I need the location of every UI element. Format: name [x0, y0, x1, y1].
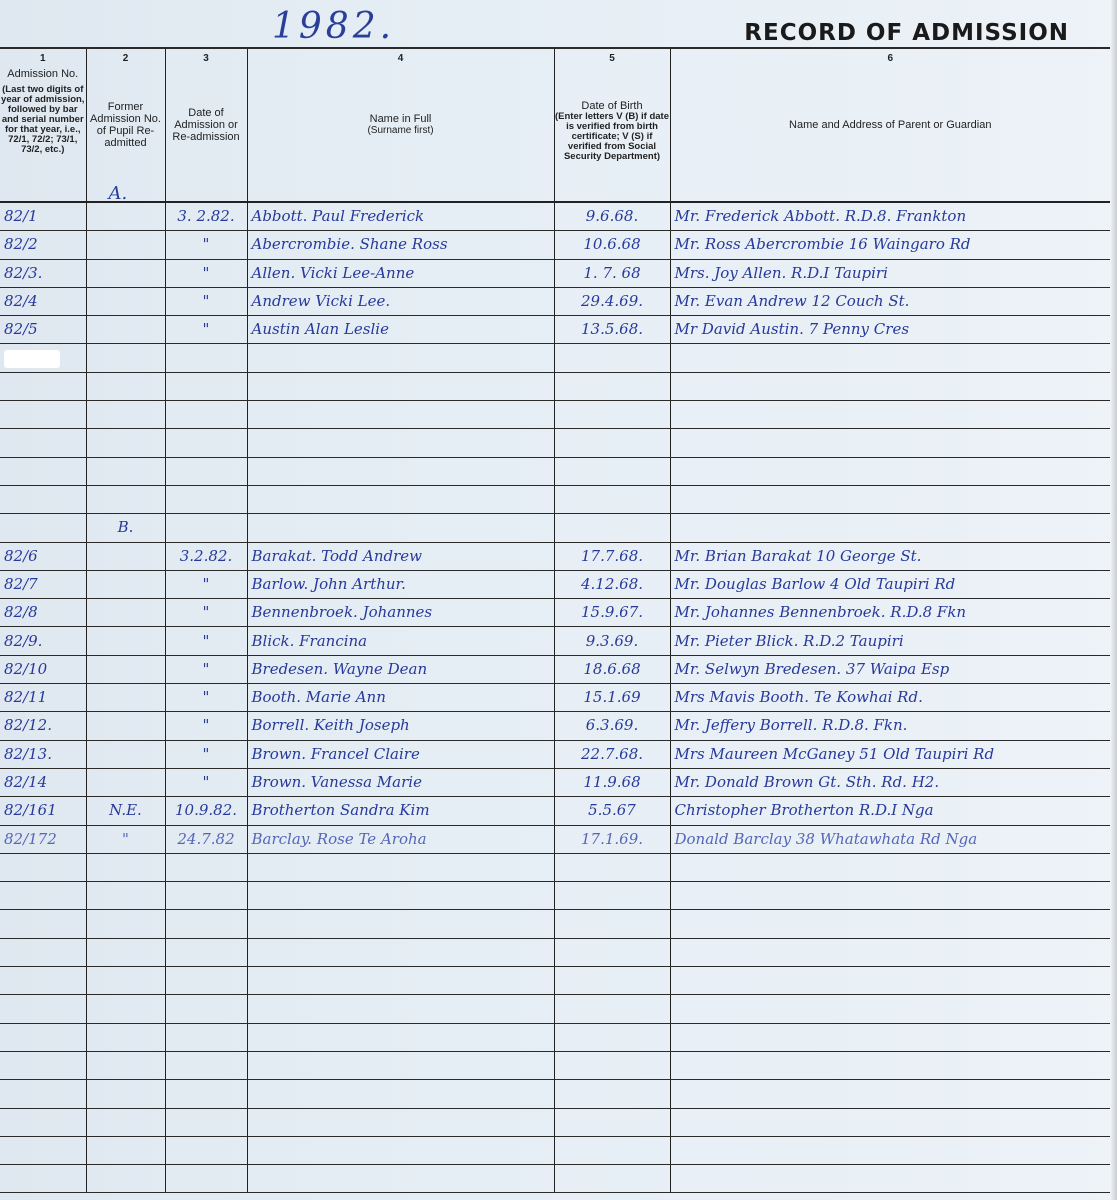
- pupil-name-cell: [247, 882, 554, 910]
- table-row: [0, 1051, 1110, 1079]
- former-admission-cell: [86, 231, 165, 259]
- table-row: [0, 1165, 1110, 1193]
- table-row: [0, 401, 1110, 429]
- admission-number-cell: [0, 1051, 86, 1079]
- admission-date-cell: [165, 967, 247, 995]
- parent-guardian-cell: [670, 457, 1110, 485]
- former-admission-cell: [86, 1051, 165, 1079]
- former-admission-cell: [86, 1136, 165, 1164]
- pupil-name-cell: Brown. Vanessa Marie: [247, 768, 554, 796]
- admission-date-cell: [165, 401, 247, 429]
- table-row: [0, 485, 1110, 513]
- admission-date-cell: ": [165, 570, 247, 598]
- parent-guardian-cell: Mr. Pieter Blick. R.D.2 Taupiri: [670, 627, 1110, 655]
- section-letter-a: A.: [109, 188, 128, 199]
- admission-date-cell: [165, 882, 247, 910]
- column-label: Name and Address of Parent or Guardian: [671, 119, 1111, 131]
- admission-number-cell: 82/3.: [0, 259, 86, 287]
- table-row: 82/5"Austin Alan Leslie13.5.68.Mr David …: [0, 316, 1110, 344]
- admission-date-cell: ": [165, 740, 247, 768]
- pupil-name-cell: [247, 995, 554, 1023]
- admission-date-cell: [165, 910, 247, 938]
- admission-number-cell: 82/161: [0, 797, 86, 825]
- admission-date-cell: ": [165, 231, 247, 259]
- date-of-birth-cell: 4.12.68.: [554, 570, 670, 598]
- parent-guardian-cell: Mr. Donald Brown Gt. Sth. Rd. H2.: [670, 768, 1110, 796]
- table-row: [0, 372, 1110, 400]
- pupil-name-cell: Blick. Francina: [247, 627, 554, 655]
- date-of-birth-cell: [554, 1080, 670, 1108]
- admission-number-cell: [0, 485, 86, 513]
- table-row: 82/13. 2.82.Abbott. Paul Frederick9.6.68…: [0, 202, 1110, 231]
- table-row: [0, 1108, 1110, 1136]
- pupil-name-cell: [247, 910, 554, 938]
- parent-guardian-cell: [670, 910, 1110, 938]
- admission-date-cell: ": [165, 655, 247, 683]
- pupil-name-cell: [247, 938, 554, 966]
- former-admission-cell: N.E.: [86, 797, 165, 825]
- handwritten-year: 1982.: [272, 6, 395, 47]
- date-of-birth-cell: 17.7.68.: [554, 542, 670, 570]
- admission-number-cell: [0, 995, 86, 1023]
- admission-number-cell: [0, 882, 86, 910]
- date-of-birth-cell: [554, 401, 670, 429]
- former-admission-cell: [86, 401, 165, 429]
- former-admission-cell: [86, 740, 165, 768]
- parent-guardian-cell: [670, 514, 1110, 542]
- date-of-birth-cell: [554, 514, 670, 542]
- admission-date-cell: [165, 514, 247, 542]
- date-of-birth-cell: 9.6.68.: [554, 202, 670, 231]
- parent-guardian-cell: Mr. Jeffery Borrell. R.D.8. Fkn.: [670, 712, 1110, 740]
- parent-guardian-cell: [670, 967, 1110, 995]
- admission-number-cell: [0, 967, 86, 995]
- former-admission-cell: [86, 995, 165, 1023]
- table-row: 82/7"Barlow. John Arthur.4.12.68.Mr. Dou…: [0, 570, 1110, 598]
- table-row: [0, 995, 1110, 1023]
- table-row: 82/11"Booth. Marie Ann15.1.69Mrs Mavis B…: [0, 684, 1110, 712]
- parent-guardian-cell: Mr. Frederick Abbott. R.D.8. Frankton: [670, 202, 1110, 231]
- admission-number-cell: 82/10: [0, 655, 86, 683]
- column-header-parent-guardian: 6 Name and Address of Parent or Guardian: [670, 49, 1110, 202]
- column-header-date-of-birth: 5 Date of Birth (Enter letters V (B) if …: [554, 49, 670, 202]
- former-admission-cell: [86, 542, 165, 570]
- admission-date-cell: [165, 1108, 247, 1136]
- date-of-birth-cell: 17.1.69.: [554, 825, 670, 853]
- date-of-birth-cell: 10.6.68: [554, 231, 670, 259]
- admission-date-cell: [165, 372, 247, 400]
- pupil-name-cell: Brown. Francel Claire: [247, 740, 554, 768]
- parent-guardian-cell: [670, 372, 1110, 400]
- parent-guardian-cell: Mr. Douglas Barlow 4 Old Taupiri Rd: [670, 570, 1110, 598]
- parent-guardian-cell: Mr. Ross Abercrombie 16 Waingaro Rd: [670, 231, 1110, 259]
- column-header-former-admission: 2 Former Admission No. of Pupil Re-admit…: [86, 49, 165, 202]
- former-admission-cell: [86, 938, 165, 966]
- admission-date-cell: [165, 1023, 247, 1051]
- parent-guardian-cell: [670, 995, 1110, 1023]
- admission-number-cell: 82/172: [0, 825, 86, 853]
- date-of-birth-cell: [554, 1165, 670, 1193]
- former-admission-cell: [86, 372, 165, 400]
- admission-number-cell: 82/9.: [0, 627, 86, 655]
- page-edge: [1110, 0, 1117, 1200]
- table-row: 82/8"Bennenbroek. Johannes15.9.67.Mr. Jo…: [0, 599, 1110, 627]
- admission-number-cell: 82/5: [0, 316, 86, 344]
- table-row: [0, 938, 1110, 966]
- table-row: [0, 882, 1110, 910]
- table-row: B.: [0, 514, 1110, 542]
- former-admission-cell: [86, 485, 165, 513]
- pupil-name-cell: [247, 967, 554, 995]
- pupil-name-cell: [247, 1051, 554, 1079]
- parent-guardian-cell: Mr. Brian Barakat 10 George St.: [670, 542, 1110, 570]
- column-note: (Last two digits of year of admission, f…: [1, 85, 85, 155]
- column-header-date-of-admission: 3 Date of Admission or Re-admission: [165, 49, 247, 202]
- table-row: 82/14"Brown. Vanessa Marie11.9.68Mr. Don…: [0, 768, 1110, 796]
- pupil-name-cell: Barakat. Todd Andrew: [247, 542, 554, 570]
- table-row: 82/13."Brown. Francel Claire22.7.68.Mrs …: [0, 740, 1110, 768]
- table-row: [0, 1080, 1110, 1108]
- former-admission-cell: [86, 429, 165, 457]
- admission-date-cell: 3.2.82.: [165, 542, 247, 570]
- admission-register-table: 1 Admission No. (Last two digits of year…: [0, 49, 1110, 1193]
- admission-number-cell: [0, 910, 86, 938]
- admission-number-cell: 82/8: [0, 599, 86, 627]
- column-number: 1: [1, 53, 85, 64]
- admission-number-cell: [0, 1165, 86, 1193]
- admission-date-cell: ": [165, 287, 247, 315]
- admission-date-cell: 3. 2.82.: [165, 202, 247, 231]
- column-note: (Enter letters V (B) if date is verified…: [555, 112, 670, 162]
- admission-date-cell: [165, 429, 247, 457]
- admission-number-cell: [0, 344, 86, 372]
- date-of-birth-cell: 22.7.68.: [554, 740, 670, 768]
- admission-date-cell: [165, 1051, 247, 1079]
- admission-number-cell: 82/4: [0, 287, 86, 315]
- admission-number-cell: 82/14: [0, 768, 86, 796]
- admission-date-cell: [165, 344, 247, 372]
- parent-guardian-cell: Mr. Johannes Bennenbroek. R.D.8 Fkn: [670, 599, 1110, 627]
- admission-date-cell: [165, 1165, 247, 1193]
- former-admission-cell: [86, 910, 165, 938]
- pupil-name-cell: [247, 1165, 554, 1193]
- date-of-birth-cell: [554, 485, 670, 513]
- admission-date-cell: ": [165, 712, 247, 740]
- pupil-name-cell: [247, 1023, 554, 1051]
- pupil-name-cell: [247, 344, 554, 372]
- admission-number-cell: 82/6: [0, 542, 86, 570]
- admission-date-cell: [165, 938, 247, 966]
- date-of-birth-cell: 29.4.69.: [554, 287, 670, 315]
- former-admission-cell: [86, 457, 165, 485]
- parent-guardian-cell: Mr. Evan Andrew 12 Couch St.: [670, 287, 1110, 315]
- admission-date-cell: ": [165, 768, 247, 796]
- table-row: 82/10"Bredesen. Wayne Dean18.6.68Mr. Sel…: [0, 655, 1110, 683]
- date-of-birth-cell: [554, 1051, 670, 1079]
- date-of-birth-cell: [554, 1023, 670, 1051]
- table-row: 82/3."Allen. Vicki Lee-Anne1. 7. 68Mrs. …: [0, 259, 1110, 287]
- admission-number-cell: [0, 457, 86, 485]
- parent-guardian-cell: Mr David Austin. 7 Penny Cres: [670, 316, 1110, 344]
- parent-guardian-cell: Christopher Brotherton R.D.I Nga: [670, 797, 1110, 825]
- column-label-wrap: Name in Full (Surname first): [248, 113, 554, 137]
- parent-guardian-cell: Mrs. Joy Allen. R.D.I Taupiri: [670, 259, 1110, 287]
- admission-date-cell: ": [165, 316, 247, 344]
- admission-number-cell: [0, 938, 86, 966]
- column-header-admission-no: 1 Admission No. (Last two digits of year…: [0, 49, 86, 202]
- admission-date-cell: 10.9.82.: [165, 797, 247, 825]
- parent-guardian-cell: [670, 1136, 1110, 1164]
- admission-number-cell: 82/12.: [0, 712, 86, 740]
- pupil-name-cell: Allen. Vicki Lee-Anne: [247, 259, 554, 287]
- column-number: 3: [167, 53, 246, 64]
- parent-guardian-cell: [670, 401, 1110, 429]
- parent-guardian-cell: [670, 485, 1110, 513]
- admission-number-cell: [0, 1080, 86, 1108]
- date-of-birth-cell: 9.3.69.: [554, 627, 670, 655]
- former-admission-cell: [86, 287, 165, 315]
- date-of-birth-cell: 5.5.67: [554, 797, 670, 825]
- parent-guardian-cell: [670, 344, 1110, 372]
- parent-guardian-cell: Mrs Mavis Booth. Te Kowhai Rd.: [670, 684, 1110, 712]
- former-admission-cell: [86, 1108, 165, 1136]
- admission-date-cell: [165, 1080, 247, 1108]
- former-admission-cell: [86, 344, 165, 372]
- ledger-page: 1982. RECORD OF ADMISSION 1 Admission No…: [0, 0, 1117, 1200]
- parent-guardian-cell: [670, 429, 1110, 457]
- date-of-birth-cell: [554, 910, 670, 938]
- date-of-birth-cell: [554, 853, 670, 881]
- admission-date-cell: [165, 853, 247, 881]
- date-of-birth-cell: 18.6.68: [554, 655, 670, 683]
- date-of-birth-cell: [554, 938, 670, 966]
- pupil-name-cell: [247, 514, 554, 542]
- pupil-name-cell: [247, 1108, 554, 1136]
- date-of-birth-cell: 15.9.67.: [554, 599, 670, 627]
- column-header-row: 1 Admission No. (Last two digits of year…: [0, 49, 1110, 202]
- column-label-wrap: Former Admission No. of Pupil Re-admitte…: [87, 101, 165, 149]
- admission-number-cell: [0, 514, 86, 542]
- parent-guardian-cell: [670, 1080, 1110, 1108]
- column-label: Former Admission No. of Pupil Re-admitte…: [87, 101, 165, 149]
- admission-number-cell: [0, 1023, 86, 1051]
- column-number: 5: [556, 53, 669, 64]
- table-row: [0, 429, 1110, 457]
- pupil-name-cell: [247, 401, 554, 429]
- former-admission-cell: ": [86, 825, 165, 853]
- admission-date-cell: 24.7.82: [165, 825, 247, 853]
- column-label-wrap: Date of Admission or Re-admission: [166, 107, 247, 143]
- parent-guardian-cell: [670, 938, 1110, 966]
- table-row: [0, 1023, 1110, 1051]
- date-of-birth-cell: [554, 882, 670, 910]
- admission-date-cell: ": [165, 599, 247, 627]
- column-label-wrap: Date of Birth (Enter letters V (B) if da…: [555, 100, 670, 162]
- admission-number-cell: [0, 1136, 86, 1164]
- date-of-birth-cell: 6.3.69.: [554, 712, 670, 740]
- parent-guardian-cell: Donald Barclay 38 Whatawhata Rd Nga: [670, 825, 1110, 853]
- admission-number-cell: [0, 1108, 86, 1136]
- pupil-name-cell: [247, 485, 554, 513]
- parent-guardian-cell: Mr. Selwyn Bredesen. 37 Waipa Esp: [670, 655, 1110, 683]
- pupil-name-cell: Brotherton Sandra Kim: [247, 797, 554, 825]
- admission-number-cell: [0, 429, 86, 457]
- date-of-birth-cell: [554, 372, 670, 400]
- admission-number-cell: 82/7: [0, 570, 86, 598]
- date-of-birth-cell: [554, 344, 670, 372]
- pupil-name-cell: [247, 1136, 554, 1164]
- former-admission-cell: [86, 712, 165, 740]
- admission-date-cell: [165, 457, 247, 485]
- pupil-name-cell: [247, 457, 554, 485]
- pupil-name-cell: Abercrombie. Shane Ross: [247, 231, 554, 259]
- admission-number-cell: 82/2: [0, 231, 86, 259]
- former-admission-cell: [86, 684, 165, 712]
- former-admission-cell: [86, 627, 165, 655]
- pupil-name-cell: Bennenbroek. Johannes: [247, 599, 554, 627]
- admission-number-cell: [0, 372, 86, 400]
- date-of-birth-cell: 13.5.68.: [554, 316, 670, 344]
- table-row: [0, 967, 1110, 995]
- admission-number-cell: 82/13.: [0, 740, 86, 768]
- admission-number-cell: [0, 853, 86, 881]
- pupil-name-cell: Borrell. Keith Joseph: [247, 712, 554, 740]
- column-note: (Surname first): [248, 125, 554, 137]
- pupil-name-cell: [247, 372, 554, 400]
- date-of-birth-cell: [554, 967, 670, 995]
- admission-number-cell: 82/1: [0, 202, 86, 231]
- former-admission-cell: B.: [86, 514, 165, 542]
- date-of-birth-cell: [554, 1108, 670, 1136]
- date-of-birth-cell: 1. 7. 68: [554, 259, 670, 287]
- former-admission-cell: [86, 853, 165, 881]
- table-row: [0, 457, 1110, 485]
- admission-number-cell: 82/11: [0, 684, 86, 712]
- erased-entry: [4, 350, 60, 368]
- table-row: 82/4"Andrew Vicki Lee.29.4.69.Mr. Evan A…: [0, 287, 1110, 315]
- column-header-name-in-full: 4 Name in Full (Surname first): [247, 49, 554, 202]
- parent-guardian-cell: Mrs Maureen McGaney 51 Old Taupiri Rd: [670, 740, 1110, 768]
- admission-date-cell: ": [165, 627, 247, 655]
- pupil-name-cell: [247, 1080, 554, 1108]
- pupil-name-cell: [247, 429, 554, 457]
- former-admission-cell: [86, 882, 165, 910]
- former-admission-cell: [86, 570, 165, 598]
- admission-date-cell: [165, 1136, 247, 1164]
- parent-guardian-cell: [670, 1108, 1110, 1136]
- former-admission-cell: [86, 316, 165, 344]
- table-row: 82/9."Blick. Francina9.3.69.Mr. Pieter B…: [0, 627, 1110, 655]
- table-row: 82/172"24.7.82Barclay. Rose Te Aroha17.1…: [0, 825, 1110, 853]
- table-row: [0, 853, 1110, 881]
- parent-guardian-cell: [670, 1023, 1110, 1051]
- table-row: 82/161N.E.10.9.82.Brotherton Sandra Kim5…: [0, 797, 1110, 825]
- parent-guardian-cell: [670, 1051, 1110, 1079]
- column-label: Admission No.: [1, 68, 85, 80]
- parent-guardian-cell: [670, 882, 1110, 910]
- date-of-birth-cell: [554, 995, 670, 1023]
- former-admission-cell: [86, 599, 165, 627]
- table-row: 82/2"Abercrombie. Shane Ross10.6.68Mr. R…: [0, 231, 1110, 259]
- column-number: 6: [672, 53, 1110, 64]
- former-admission-cell: [86, 202, 165, 231]
- pupil-name-cell: Bredesen. Wayne Dean: [247, 655, 554, 683]
- date-of-birth-cell: 11.9.68: [554, 768, 670, 796]
- column-number: 2: [88, 53, 164, 64]
- admission-number-cell: [0, 401, 86, 429]
- pupil-name-cell: Abbott. Paul Frederick: [247, 202, 554, 231]
- pupil-name-cell: [247, 853, 554, 881]
- column-label: Name in Full: [248, 113, 554, 125]
- former-admission-cell: [86, 967, 165, 995]
- former-admission-cell: [86, 1165, 165, 1193]
- page-title: RECORD OF ADMISSION: [744, 20, 1069, 46]
- pupil-name-cell: Austin Alan Leslie: [247, 316, 554, 344]
- former-admission-cell: [86, 655, 165, 683]
- date-of-birth-cell: [554, 1136, 670, 1164]
- former-admission-cell: [86, 768, 165, 796]
- parent-guardian-cell: [670, 1165, 1110, 1193]
- table-row: 82/12."Borrell. Keith Joseph6.3.69.Mr. J…: [0, 712, 1110, 740]
- column-number: 4: [249, 53, 553, 64]
- pupil-name-cell: Booth. Marie Ann: [247, 684, 554, 712]
- admission-date-cell: ": [165, 259, 247, 287]
- former-admission-cell: [86, 1080, 165, 1108]
- admission-date-cell: [165, 485, 247, 513]
- column-label: Date of Admission or Re-admission: [166, 107, 247, 143]
- date-of-birth-cell: 15.1.69: [554, 684, 670, 712]
- pupil-name-cell: Andrew Vicki Lee.: [247, 287, 554, 315]
- admission-date-cell: [165, 995, 247, 1023]
- date-of-birth-cell: [554, 429, 670, 457]
- admission-date-cell: ": [165, 684, 247, 712]
- table-row: [0, 1136, 1110, 1164]
- former-admission-cell: [86, 1023, 165, 1051]
- former-admission-cell: [86, 259, 165, 287]
- column-label-wrap: Name and Address of Parent or Guardian: [671, 119, 1111, 131]
- table-row: [0, 910, 1110, 938]
- pupil-name-cell: Barlow. John Arthur.: [247, 570, 554, 598]
- table-row: 82/63.2.82.Barakat. Todd Andrew17.7.68.M…: [0, 542, 1110, 570]
- pupil-name-cell: Barclay. Rose Te Aroha: [247, 825, 554, 853]
- table-row: [0, 344, 1110, 372]
- parent-guardian-cell: [670, 853, 1110, 881]
- date-of-birth-cell: [554, 457, 670, 485]
